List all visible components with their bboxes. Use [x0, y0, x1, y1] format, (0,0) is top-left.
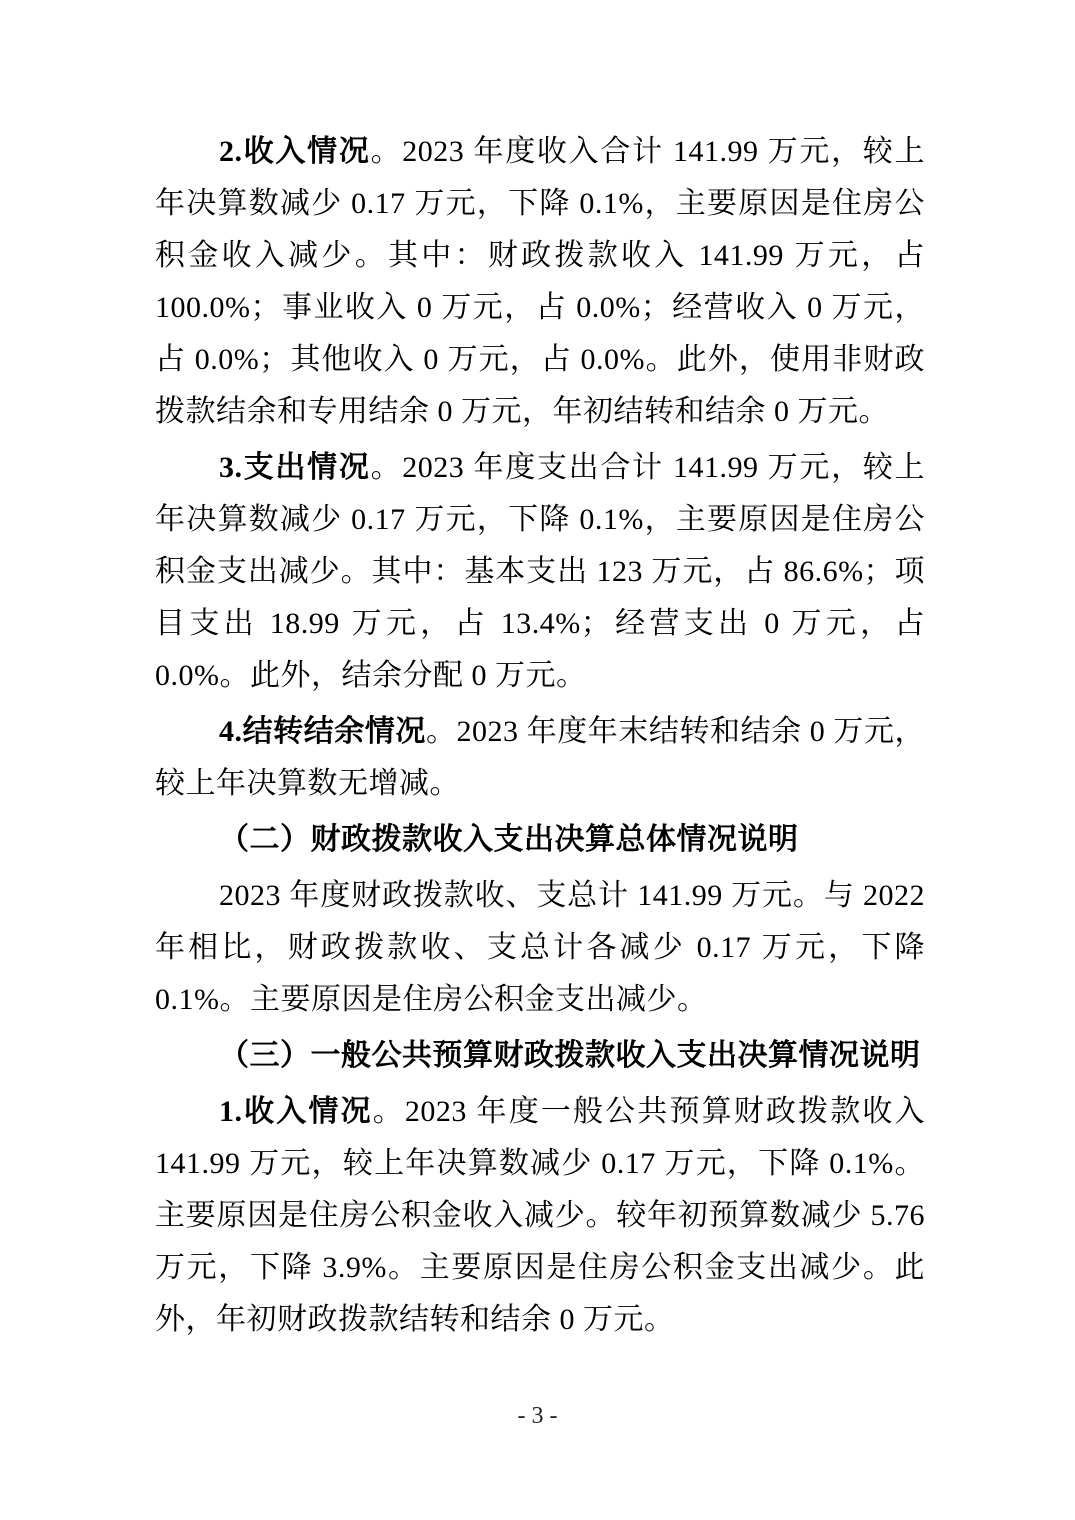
paragraph-income-overview-text: 。2023 年度收入合计 141.99 万元，较上年决算数减少 0.17 万元，…	[155, 135, 925, 428]
paragraph-general-budget-income: 1.收入情况。2023 年度一般公共预算财政拨款收入 141.99 万元，较上年…	[155, 1086, 925, 1346]
paragraph-expenditure-overview-text: 。2023 年度支出合计 141.99 万元，较上年决算数减少 0.17 万元，…	[155, 451, 925, 692]
paragraph-expenditure-overview: 3.支出情况。2023 年度支出合计 141.99 万元，较上年决算数减少 0.…	[155, 442, 925, 702]
page-number: - 3 -	[518, 1403, 558, 1429]
paragraph-fiscal-appropriation-total-text: 2023 年度财政拨款收、支总计 141.99 万元。与 2022 年相比，财政…	[155, 879, 925, 1016]
paragraph-income-overview: 2.收入情况。2023 年度收入合计 141.99 万元，较上年决算数减少 0.…	[155, 126, 925, 438]
heading-fiscal-appropriation-overview: （二）财政拨款收入支出决算总体情况说明	[155, 814, 925, 866]
paragraph-carryover-overview-lead: 4.结转结余情况	[219, 715, 426, 748]
paragraph-income-overview-lead: 2.收入情况	[219, 135, 371, 168]
paragraph-general-budget-income-lead: 1.收入情况	[219, 1095, 373, 1128]
content-area: 2.收入情况。2023 年度收入合计 141.99 万元，较上年决算数减少 0.…	[155, 126, 925, 1350]
paragraph-fiscal-appropriation-total: 2023 年度财政拨款收、支总计 141.99 万元。与 2022 年相比，财政…	[155, 870, 925, 1026]
paragraph-carryover-overview: 4.结转结余情况。2023 年度年末结转和结余 0 万元，较上年决算数无增减。	[155, 706, 925, 810]
page-footer: - 3 -	[0, 1398, 1075, 1434]
heading-general-public-budget: （三）一般公共预算财政拨款收入支出决算情况说明	[155, 1030, 925, 1082]
paragraph-expenditure-overview-lead: 3.支出情况	[219, 451, 371, 484]
document-page: 2.收入情况。2023 年度收入合计 141.99 万元，较上年决算数减少 0.…	[0, 0, 1075, 1520]
paragraph-general-budget-income-text: 。2023 年度一般公共预算财政拨款收入 141.99 万元，较上年决算数减少 …	[155, 1095, 925, 1336]
